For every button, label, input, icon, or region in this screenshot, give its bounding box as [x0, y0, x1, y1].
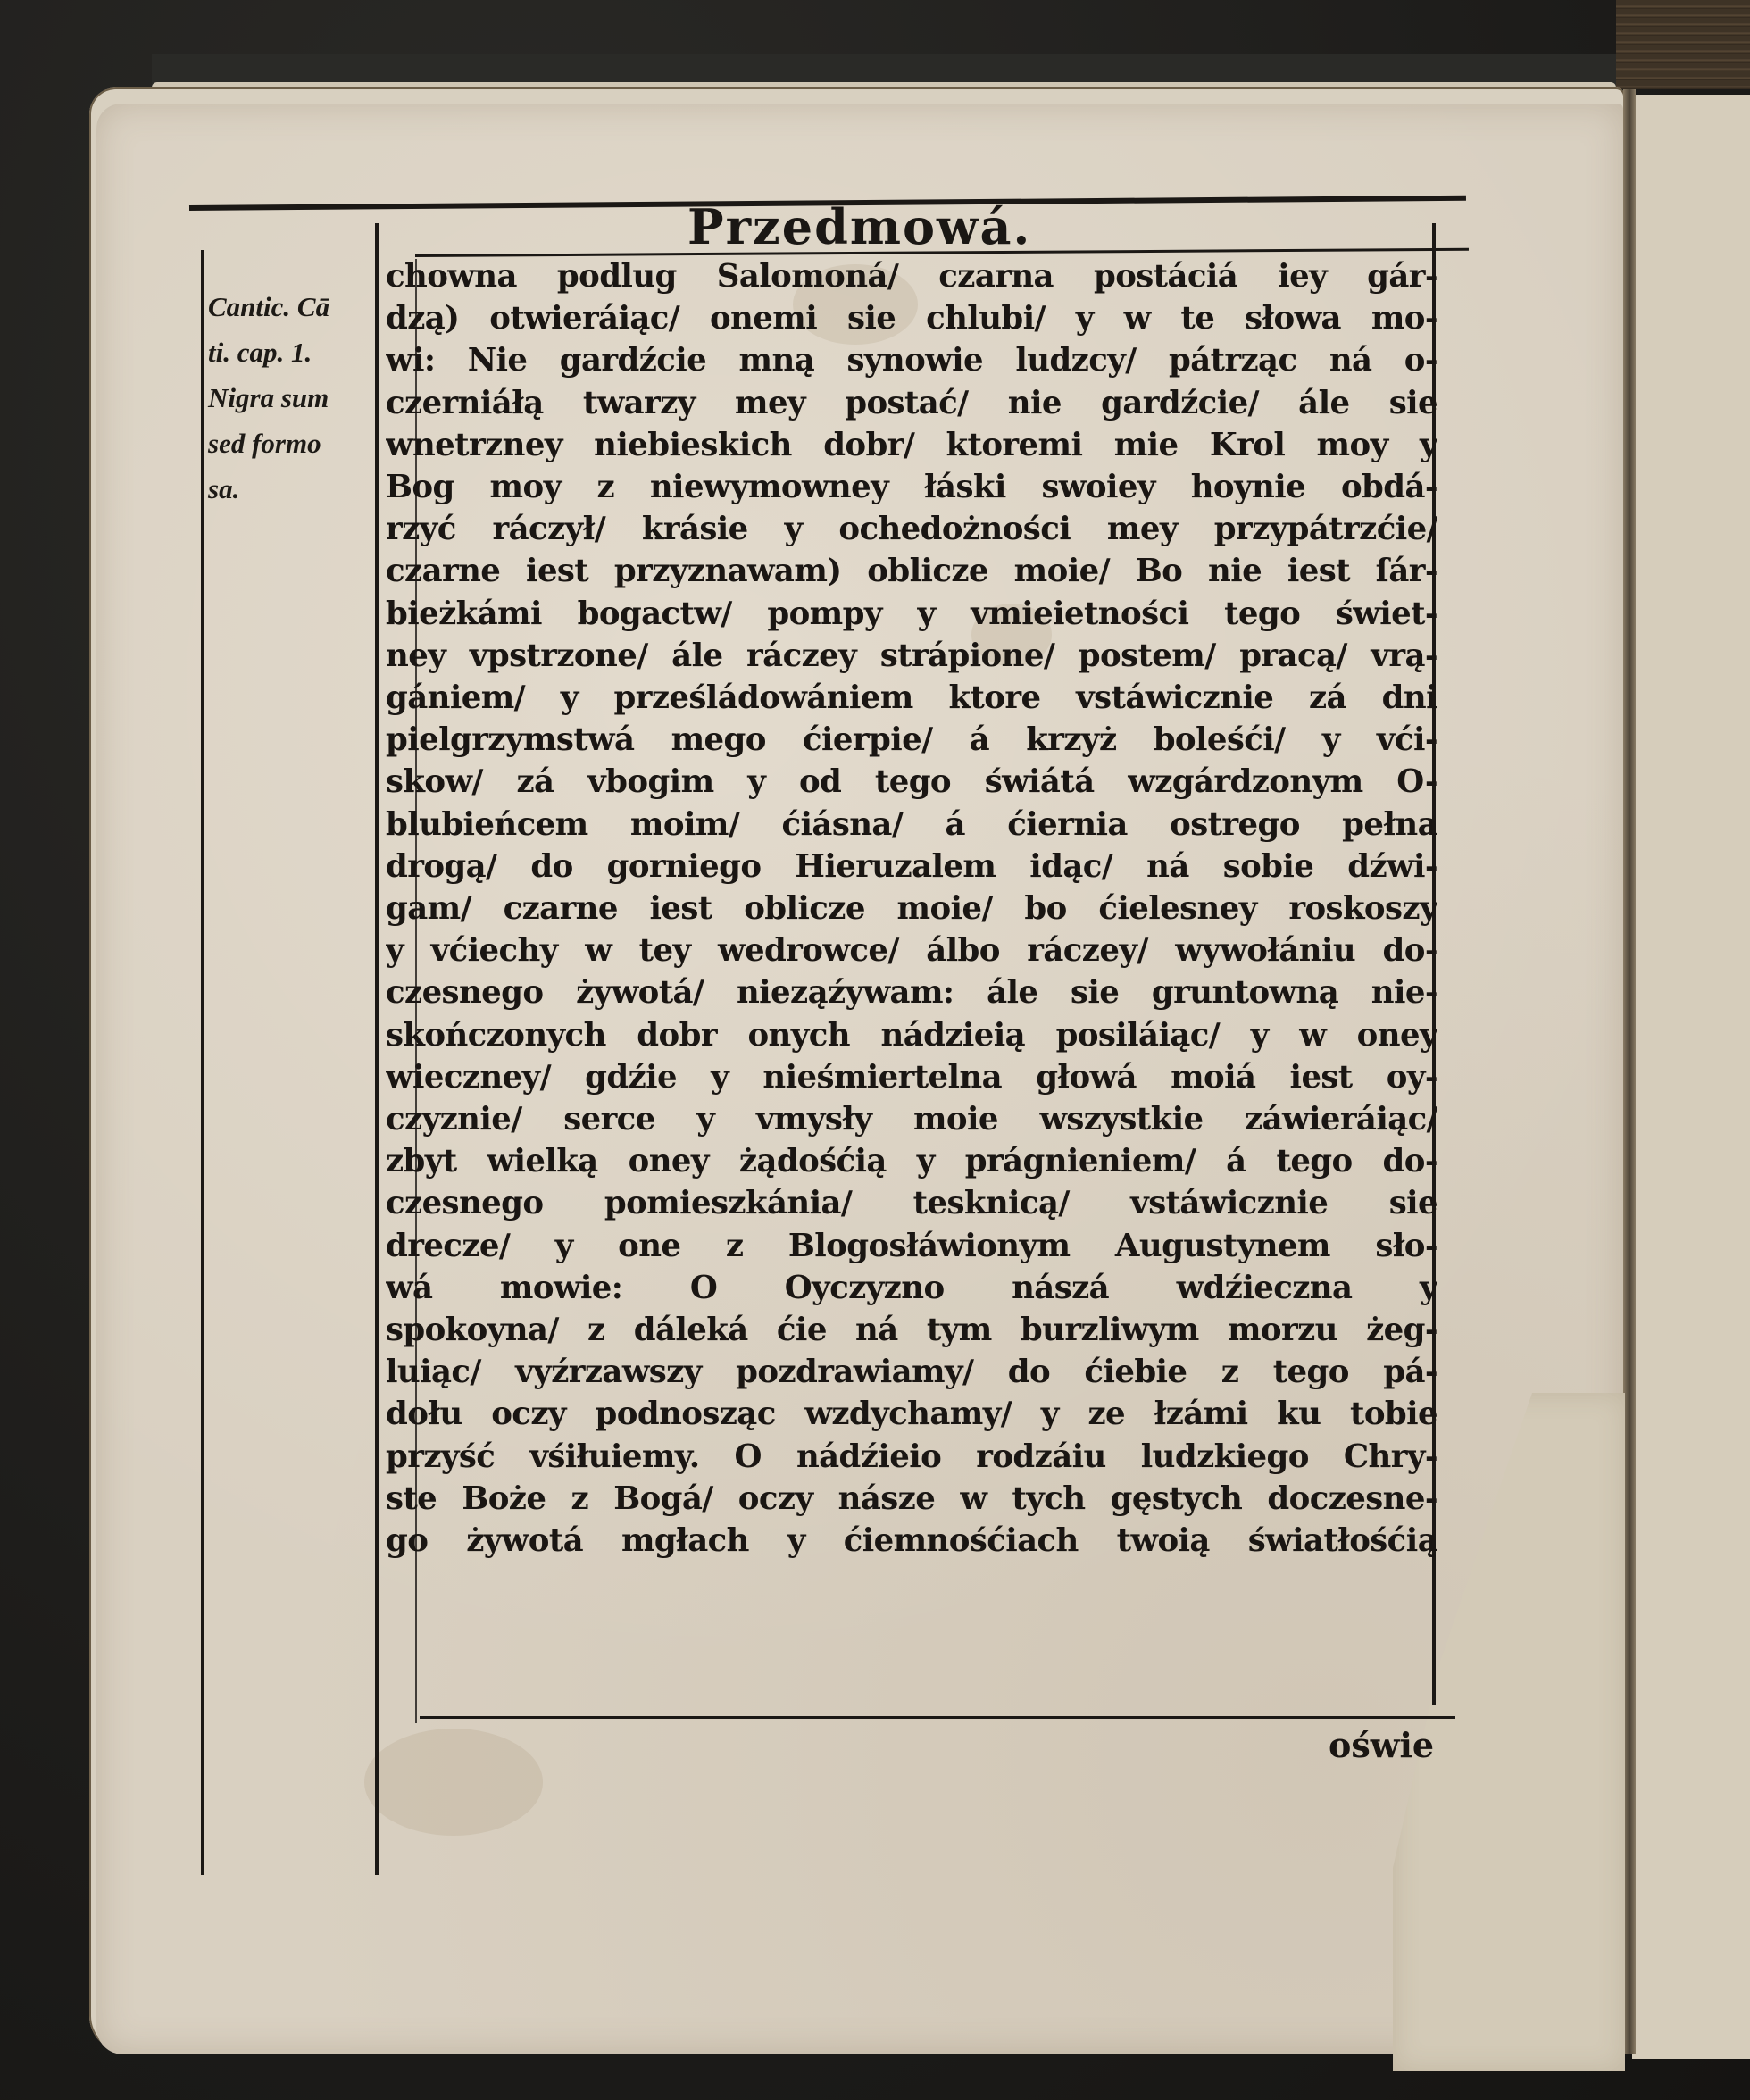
bottom-rule [420, 1716, 1455, 1719]
text-line: drogą/ do gorniego Hieruzalem idąc/ ná s… [386, 846, 1437, 887]
text-line: y vćiechy w tey wedrowce/ álbo ráczey/ w… [386, 929, 1437, 971]
text-line: czyznie/ serce y vmysły moie wszystkie z… [386, 1098, 1437, 1140]
text-line: czarne iest przyznawam) oblicze moie/ Bo… [386, 550, 1437, 592]
text-line: przyść vśiłuiemy. O nádźieio rodzáiu lud… [386, 1436, 1437, 1478]
text-line: czesnego żywotá/ nieząźywam: ále sie gru… [386, 971, 1437, 1013]
margin-note-line: ti. cap. 1. [208, 329, 378, 375]
text-line: drecze/ y one z Blogosłáwionym Augustyne… [386, 1225, 1437, 1267]
text-line: czerniáłą twarzy mey postać/ nie gardźci… [386, 382, 1437, 424]
book-spine-edge [1616, 0, 1750, 89]
text-line: rzyć ráczył/ krásie y ochedożności mey p… [386, 508, 1437, 550]
running-head: Przedmowá. [687, 198, 1031, 255]
text-line: go żywotá mgłach y ćiemnośćiach twoią św… [386, 1520, 1437, 1562]
text-line: bieżkámi bogactw/ pompy y vmieietności t… [386, 593, 1437, 635]
text-line: ney vpstrzone/ ále ráczey strápione/ pos… [386, 635, 1437, 677]
text-line: wnetrzney niebieskich dobr/ ktoremi mie … [386, 424, 1437, 466]
gutter-fold [1623, 89, 1636, 2054]
text-line: chowna podlug Salomoná/ czarna postáciá … [386, 255, 1437, 297]
text-line: dołu oczy podnosząc wzdychamy/ y ze łzám… [386, 1393, 1437, 1435]
text-line: wi: Nie gardźcie mną synowie ludzcy/ pát… [386, 339, 1437, 381]
text-line: skończonych dobr onych nádzieią posiláią… [386, 1014, 1437, 1056]
body-text: chowna podlug Salomoná/ czarna postáciá … [386, 255, 1437, 1562]
catchword: oświe [1329, 1725, 1434, 1765]
text-line: wieczney/ gdźie y nieśmiertelna głowá mo… [386, 1056, 1437, 1098]
text-line: blubieńcem moim/ ćiásna/ á ćiernia ostre… [386, 804, 1437, 846]
text-line: spokoyna/ z dáleká ćie ná tym burzliwym … [386, 1309, 1437, 1351]
text-line: wá mowie: O Oyczyzno nászá wdźieczna y [386, 1267, 1437, 1309]
text-line: luiąc/ vyźrzawszy pozdrawiamy/ do ćiebie… [386, 1351, 1437, 1393]
margin-note-line: sed formo [208, 421, 378, 466]
text-line: Bog moy z niewymowney łáski swoiey hoyni… [386, 466, 1437, 508]
text-line: gániem/ y prześládowániem ktore vstáwicz… [386, 677, 1437, 719]
text-line: ste Boże z Bogá/ oczy násze w tych gęsty… [386, 1478, 1437, 1520]
paper-stain [364, 1729, 543, 1836]
facing-page [1632, 95, 1750, 2059]
text-line: pielgrzymstwá mego ćierpie/ á krzyż bole… [386, 719, 1437, 761]
text-line: czesnego pomieszkánia/ tesknicą/ vstáwic… [386, 1182, 1437, 1224]
text-line: skow/ zá vbogim y od tego świátá wzgárdz… [386, 761, 1437, 803]
marginal-note: Cantic. Cā ti. cap. 1. Nigra sum sed for… [208, 284, 378, 512]
outer-margin-rule [201, 250, 204, 1875]
text-line: dzą) otwieráiąc/ onemi sie chlubi/ y w t… [386, 297, 1437, 339]
text-line: zbyt wielką oney żądośćią y prágnieniem/… [386, 1140, 1437, 1182]
text-line: gam/ czarne iest oblicze moie/ bo ćieles… [386, 887, 1437, 929]
margin-note-line: Nigra sum [208, 375, 378, 421]
margin-note-line: Cantic. Cā [208, 284, 378, 329]
margin-note-line: sa. [208, 466, 378, 512]
